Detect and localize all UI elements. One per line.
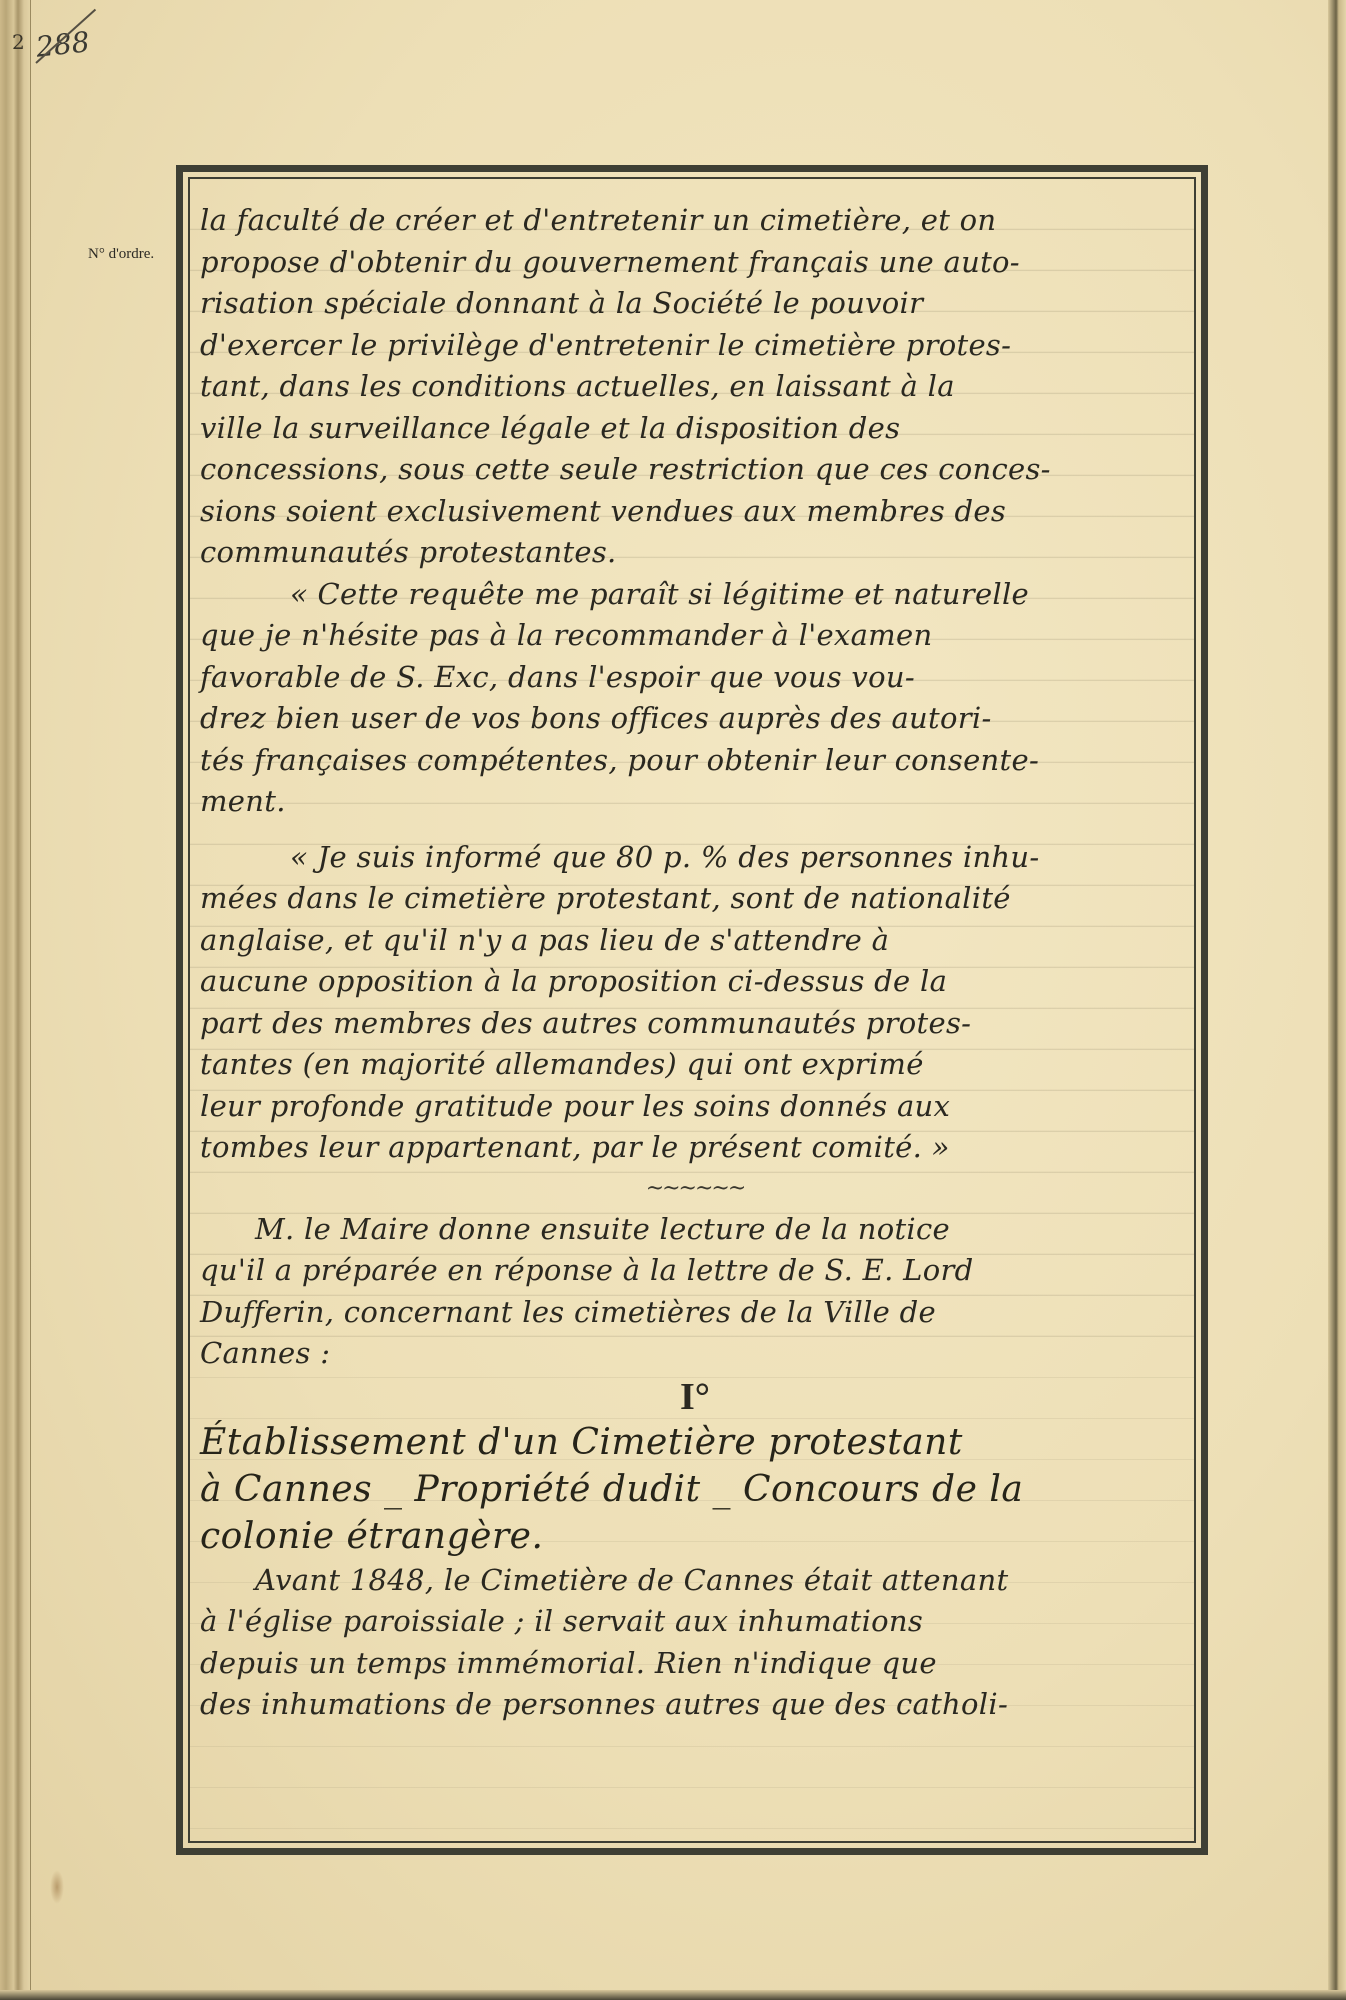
text-line: la faculté de créer et d'entretenir un c… xyxy=(200,200,1190,242)
text-line: « Cette requête me paraît si légitime et… xyxy=(200,574,1190,616)
text-line: ment. xyxy=(200,781,1190,823)
text-line: des inhumations de personnes autres que … xyxy=(200,1684,1190,1726)
heading-line: Établissement d'un Cimetière protestant xyxy=(200,1419,1190,1466)
paper-stain xyxy=(50,1870,64,1904)
text-line: M. le Maire donne ensuite lecture de la … xyxy=(200,1209,1190,1251)
text-line: communautés protestantes. xyxy=(200,532,1190,574)
text-line: risation spéciale donnant à la Société l… xyxy=(200,283,1190,325)
text-line: mées dans le cimetière protestant, sont … xyxy=(200,878,1190,920)
text-line: Cannes : xyxy=(200,1333,1190,1375)
text-line: propose d'obtenir du gouvernement frança… xyxy=(200,242,1190,284)
text-line: depuis un temps immémorial. Rien n'indiq… xyxy=(200,1643,1190,1685)
text-line: qu'il a préparée en réponse à la lettre … xyxy=(200,1250,1190,1292)
text-line: leur profonde gratitude pour les soins d… xyxy=(200,1086,1190,1128)
text-line: tombes leur appartenant, par le présent … xyxy=(200,1127,1190,1169)
text-line: drez bien user de vos bons offices auprè… xyxy=(200,698,1190,740)
handwritten-minutes: la faculté de créer et d'entretenir un c… xyxy=(200,200,1190,1726)
section-heading: Établissement d'un Cimetière protestant … xyxy=(200,1419,1190,1560)
text-line: d'exercer le privilège d'entretenir le c… xyxy=(200,325,1190,367)
heading-line: colonie étrangère. xyxy=(200,1513,1190,1560)
text-line: anglaise, et qu'il n'y a pas lieu de s'a… xyxy=(200,920,1190,962)
text-line: tant, dans les conditions actuelles, en … xyxy=(200,366,1190,408)
page-bottom-edge xyxy=(0,1990,1346,2000)
page-right-edge xyxy=(1328,0,1346,2000)
ordre-label: N° d'ordre. xyxy=(88,246,154,263)
text-line: concessions, sous cette seule restrictio… xyxy=(200,449,1190,491)
text-line: aucune opposition à la proposition ci-de… xyxy=(200,961,1190,1003)
wavy-separator: ~~~~~~ xyxy=(200,1169,1190,1209)
text-line: favorable de S. Exc, dans l'espoir que v… xyxy=(200,657,1190,699)
spacer xyxy=(200,823,1190,837)
text-line: à l'église paroissiale ; il servait aux … xyxy=(200,1601,1190,1643)
paragraph-nationality: « Je suis informé que 80 p. % des person… xyxy=(200,837,1190,1169)
corner-mark: 2 xyxy=(12,30,25,54)
text-line: ville la surveillance légale et la dispo… xyxy=(200,408,1190,450)
paragraph-recommendation: « Cette requête me paraît si légitime et… xyxy=(200,574,1190,823)
paragraph-request: la faculté de créer et d'entretenir un c… xyxy=(200,200,1190,574)
text-line: part des membres des autres communautés … xyxy=(200,1003,1190,1045)
heading-line: à Cannes _ Propriété dudit _ Concours de… xyxy=(200,1466,1190,1513)
text-line: « Je suis informé que 80 p. % des person… xyxy=(200,837,1190,879)
text-line: tés françaises compétentes, pour obtenir… xyxy=(200,740,1190,782)
book-binding-edge xyxy=(0,0,31,2000)
section-number: I° xyxy=(200,1375,1190,1419)
text-line: que je n'hésite pas à la recommander à l… xyxy=(200,615,1190,657)
text-line: Avant 1848, le Cimetière de Cannes était… xyxy=(200,1560,1190,1602)
text-line: sions soient exclusivement vendues aux m… xyxy=(200,491,1190,533)
paragraph-history: Avant 1848, le Cimetière de Cannes était… xyxy=(200,1560,1190,1726)
text-line: Dufferin, concernant les cimetières de l… xyxy=(200,1292,1190,1334)
text-line: tantes (en majorité allemandes) qui ont … xyxy=(200,1044,1190,1086)
register-page: 2 288 N° d'ordre. la faculté de créer et… xyxy=(0,0,1346,2000)
paragraph-mayor-notice: M. le Maire donne ensuite lecture de la … xyxy=(200,1209,1190,1375)
